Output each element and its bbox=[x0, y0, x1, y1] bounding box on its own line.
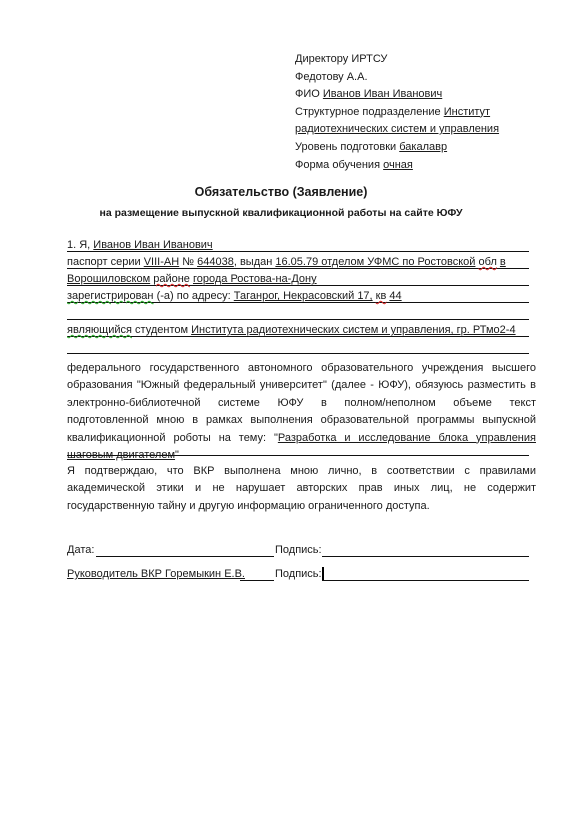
supervisor-signature-label: Подпись: bbox=[275, 568, 322, 580]
level-row: Уровень подготовки бакалавр bbox=[295, 139, 499, 157]
paragraph-line: академической этики и не нарушает авторс… bbox=[67, 480, 536, 497]
division-row-2: радиотехнических систем и управления bbox=[295, 121, 499, 139]
paragraph-line: подготовленной мною в рамках выполнения … bbox=[67, 412, 536, 429]
issued-by-v[interactable]: в bbox=[500, 256, 506, 268]
address-value-2[interactable]: 44 bbox=[389, 290, 401, 302]
issued-label: , выдан bbox=[234, 256, 272, 268]
issued-by-obl[interactable]: обл bbox=[479, 256, 497, 268]
applicant-name[interactable]: Иванов Иван Иванович bbox=[93, 239, 212, 251]
student-label-2: студентом bbox=[135, 324, 188, 336]
division-value[interactable]: Институт bbox=[444, 106, 490, 118]
fio-label: ФИО bbox=[295, 88, 320, 100]
address-kv[interactable]: кв bbox=[376, 290, 387, 302]
division-row: Структурное подразделение Институт bbox=[295, 104, 499, 122]
issued-by-city[interactable]: города Ростова-на-Дону bbox=[193, 273, 317, 285]
date-label: Дата: bbox=[67, 544, 94, 556]
date-field[interactable] bbox=[96, 556, 274, 557]
level-value[interactable]: бакалавр bbox=[399, 141, 447, 153]
passport-no-label: № bbox=[182, 256, 194, 268]
passport-row: паспорт серии VIII-АН № 644038, выдан 16… bbox=[67, 255, 506, 269]
passport-number[interactable]: 644038 bbox=[197, 256, 234, 268]
paragraph-line: электронно-библиотечной системе ЮФУ в по… bbox=[67, 395, 536, 412]
address-row: зарегистрирован (-а) по адресу: Таганрог… bbox=[67, 289, 402, 303]
student-label: являющийся bbox=[67, 324, 132, 336]
division-value-cont[interactable]: радиотехнических систем и управления bbox=[295, 123, 499, 135]
paragraph-line-topic: квалификационной роботы на тему: "Разраб… bbox=[67, 430, 536, 447]
issued-by-district[interactable]: Ворошиловском bbox=[67, 273, 150, 285]
rule-line bbox=[67, 353, 529, 354]
thesis-topic[interactable]: Разработка и исследование блока управлен… bbox=[278, 432, 536, 444]
supervisor-label: Руководитель ВКР Горемыкин Е.В. bbox=[67, 568, 245, 580]
addressee-director: Директору ИРТСУ bbox=[295, 51, 499, 69]
text-cursor bbox=[322, 567, 324, 580]
level-label: Уровень подготовки bbox=[295, 141, 396, 153]
registered-label: зарегистрирован bbox=[67, 290, 154, 302]
supervisor-signature-field[interactable] bbox=[322, 580, 529, 581]
paragraph-line: государственную тайну и другую информаци… bbox=[67, 498, 536, 515]
rule-line bbox=[67, 319, 529, 320]
study-form-row: Форма обучения очная bbox=[295, 157, 499, 175]
study-form-label: Форма обучения bbox=[295, 159, 380, 171]
paragraph-line: Я подтверждаю, что ВКР выполнена мною ли… bbox=[67, 463, 536, 480]
student-institute[interactable]: Института радиотехнических систем и упра… bbox=[191, 324, 515, 336]
document-subtitle: на размещение выпускной квалификационной… bbox=[0, 207, 562, 219]
signature-label: Подпись: bbox=[275, 544, 322, 556]
study-form-value[interactable]: очная bbox=[383, 159, 413, 171]
document-title: Обязательство (Заявление) bbox=[0, 185, 562, 199]
signature-field[interactable] bbox=[322, 556, 529, 557]
paragraph-line: образования "Южный федеральный университ… bbox=[67, 377, 536, 394]
issued-by[interactable]: 16.05.79 отделом УФМС по Ростовской bbox=[275, 256, 475, 268]
issued-row-2: Ворошиловском районе города Ростова-на-Д… bbox=[67, 272, 317, 286]
address-value[interactable]: Таганрог, Некрасовский 17, bbox=[234, 290, 373, 302]
fio-value[interactable]: Иванов Иван Иванович bbox=[323, 88, 442, 100]
rule-line bbox=[67, 455, 529, 456]
addressee-name: Федотову А.А. bbox=[295, 69, 499, 87]
fio-row: ФИО Иванов Иван Иванович bbox=[295, 86, 499, 104]
addressee-block: Директору ИРТСУ Федотову А.А. ФИО Иванов… bbox=[295, 51, 499, 174]
issued-by-rayon[interactable]: районе bbox=[153, 273, 190, 285]
paragraph-line: федерального государственного автономног… bbox=[67, 360, 536, 377]
item-prefix: 1. Я, bbox=[67, 239, 90, 251]
supervisor-label-underline bbox=[240, 580, 274, 581]
passport-label: паспорт серии bbox=[67, 256, 141, 268]
confirmation-paragraph: Я подтверждаю, что ВКР выполнена мною ли… bbox=[67, 463, 536, 515]
student-row: являющийся студентом Института радиотехн… bbox=[67, 323, 516, 337]
division-label: Структурное подразделение bbox=[295, 106, 441, 118]
name-row: 1. Я, Иванов Иван Иванович bbox=[67, 238, 213, 252]
passport-series[interactable]: VIII-АН bbox=[144, 256, 179, 268]
registered-label-2: (-а) по адресу: bbox=[157, 290, 231, 302]
commitment-paragraph: федерального государственного автономног… bbox=[67, 360, 536, 464]
